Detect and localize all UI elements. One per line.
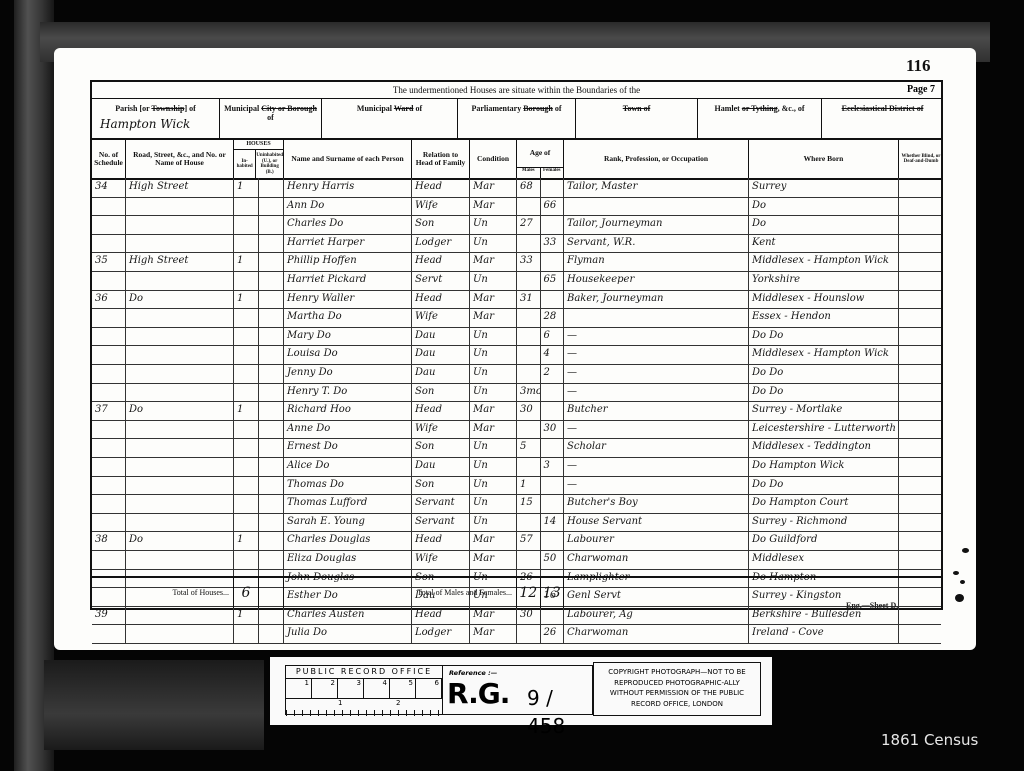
cell-female: 50 <box>541 550 565 569</box>
cell-inhabited: 1 <box>234 178 259 197</box>
cell-male: 31 <box>517 290 541 309</box>
cell-schedule: 38 <box>92 531 126 550</box>
ruler-mark: 6 <box>416 679 442 698</box>
boundary-label-part: Parliamentary <box>471 104 523 113</box>
cell-inhabited <box>234 494 259 513</box>
cell-occupation: Scholar <box>564 438 749 457</box>
table-row: 35High Street1Phillip HoffenHeadMar33Fly… <box>92 252 941 272</box>
cell-female <box>541 438 565 457</box>
cell-born: Essex - Hendon <box>749 308 899 327</box>
cell-blind <box>899 215 943 234</box>
cell-female: 14 <box>541 513 565 532</box>
table-row: 37Do1Richard HooHeadMar30ButcherSurrey -… <box>92 401 941 421</box>
cell-inhabited <box>234 271 259 290</box>
cell-schedule <box>92 383 126 402</box>
cell-female: 66 <box>541 197 565 216</box>
cell-born: Middlesex - Teddington <box>749 438 899 457</box>
cell-name: Charles Austen <box>284 606 412 625</box>
cell-blind <box>899 327 943 346</box>
cell-road: High Street <box>126 252 234 271</box>
cell-inhabited <box>234 420 259 439</box>
cell-occupation: — <box>564 345 749 364</box>
cell-inhabited <box>234 438 259 457</box>
cell-relation: Lodger <box>412 624 470 643</box>
caption: 1861 Census <box>881 731 978 749</box>
boundary-label-part: ] of <box>184 104 195 113</box>
cell-occupation: — <box>564 420 749 439</box>
cell-uninhabited <box>259 401 284 420</box>
cell-road: Do <box>126 401 234 420</box>
cell-schedule <box>92 364 126 383</box>
cell-relation: Wife <box>412 308 470 327</box>
cell-condition: Un <box>470 494 517 513</box>
cell-condition: Un <box>470 345 517 364</box>
cell-schedule <box>92 215 126 234</box>
cell-condition: Un <box>470 438 517 457</box>
cell-born: Do Hampton Court <box>749 494 899 513</box>
cell-inhabited <box>234 197 259 216</box>
cell-inhabited <box>234 550 259 569</box>
cell-uninhabited <box>259 457 284 476</box>
boundary-label-part: Town of <box>623 104 651 113</box>
cell-road <box>126 215 234 234</box>
cell-name: Harriet Pickard <box>284 271 412 290</box>
cell-road <box>126 234 234 253</box>
cell-born: Do Do <box>749 327 899 346</box>
cell-male: 3mo <box>517 383 541 402</box>
cell-blind <box>899 383 943 402</box>
cell-schedule <box>92 624 126 643</box>
cell-blind <box>899 252 943 271</box>
cell-occupation: Charwoman <box>564 624 749 643</box>
cell-born: Do Guildford <box>749 531 899 550</box>
page-number: Page 7 <box>907 82 935 98</box>
cell-blind <box>899 494 943 513</box>
cell-relation: Dau <box>412 345 470 364</box>
cell-male <box>517 271 541 290</box>
cell-female: 28 <box>541 308 565 327</box>
cell-uninhabited <box>259 234 284 253</box>
cell-schedule <box>92 494 126 513</box>
cell-condition: Un <box>470 457 517 476</box>
reference-number: 9 / 458 <box>527 684 592 740</box>
cell-condition: Mar <box>470 252 517 271</box>
cell-name: Alice Do <box>284 457 412 476</box>
cell-condition: Mar <box>470 401 517 420</box>
cell-uninhabited <box>259 531 284 550</box>
film-edge-bottom <box>44 660 264 750</box>
boundary-cell: Town of <box>576 98 698 138</box>
cell-road: Do <box>126 290 234 309</box>
cell-relation: Servant <box>412 513 470 532</box>
cell-schedule <box>92 327 126 346</box>
cell-inhabited <box>234 234 259 253</box>
cell-name: Mary Do <box>284 327 412 346</box>
cell-road <box>126 271 234 290</box>
cell-relation: Servt <box>412 271 470 290</box>
cell-occupation: Housekeeper <box>564 271 749 290</box>
cell-relation: Head <box>412 290 470 309</box>
cell-born: Middlesex - Hounslow <box>749 290 899 309</box>
cell-male: 33 <box>517 252 541 271</box>
cell-condition: Mar <box>470 420 517 439</box>
cell-inhabited <box>234 215 259 234</box>
ruler-mark: 1 <box>286 679 312 698</box>
record-office-title: PUBLIC RECORD OFFICE <box>286 666 442 679</box>
cell-condition: Mar <box>470 606 517 625</box>
cell-male <box>517 364 541 383</box>
header-males: Males <box>517 168 541 178</box>
boundary-label: Municipal City or Borough of <box>224 104 317 122</box>
boundary-cell: Municipal Ward of <box>322 98 458 138</box>
boundary-label: Parliamentary Borough of <box>471 104 561 113</box>
cell-born: Do <box>749 215 899 234</box>
header-name: Name and Surname of each Person <box>284 140 412 178</box>
totals-row: Total of Houses... 6 Total of Males and … <box>92 576 941 608</box>
cell-female <box>541 178 565 197</box>
header-born: Where Born <box>749 140 899 178</box>
cell-female <box>541 494 565 513</box>
table-row: 36Do1Henry WallerHeadMar31Baker, Journey… <box>92 290 941 310</box>
header-relation: Relation to Head of Family <box>412 140 470 178</box>
cell-road <box>126 383 234 402</box>
cell-blind <box>899 438 943 457</box>
table-row: Mary DoDauUn6—Do Do <box>92 327 941 347</box>
cell-uninhabited <box>259 215 284 234</box>
cell-relation: Son <box>412 215 470 234</box>
cell-female <box>541 531 565 550</box>
cell-name: Jenny Do <box>284 364 412 383</box>
cell-condition: Mar <box>470 531 517 550</box>
total-males: 12 <box>517 578 541 608</box>
boundary-label: Hamlet or Tything, &c., of <box>714 104 804 113</box>
cell-condition: Mar <box>470 308 517 327</box>
cell-condition: Mar <box>470 290 517 309</box>
cell-inhabited: 1 <box>234 252 259 271</box>
cell-male: 15 <box>517 494 541 513</box>
cell-schedule <box>92 550 126 569</box>
boundary-label-part: Hamlet <box>714 104 741 113</box>
cell-blind <box>899 457 943 476</box>
sheet-number: 116 <box>906 56 931 76</box>
boundary-label-part: or Tything <box>742 104 778 113</box>
cell-schedule <box>92 234 126 253</box>
total-females: 13 <box>541 578 565 608</box>
cell-name: Julia Do <box>284 624 412 643</box>
cell-blind <box>899 234 943 253</box>
cell-relation: Servant <box>412 494 470 513</box>
cell-male <box>517 624 541 643</box>
cell-inhabited <box>234 308 259 327</box>
cell-female: 30 <box>541 420 565 439</box>
cell-male: 30 <box>517 401 541 420</box>
cell-inhabited <box>234 624 259 643</box>
table-row: Harriet PickardServtUn65HousekeeperYorks… <box>92 271 941 291</box>
cell-relation: Lodger <box>412 234 470 253</box>
cell-name: Louisa Do <box>284 345 412 364</box>
header-road: Road, Street, &c., and No. or Name of Ho… <box>126 140 234 178</box>
cell-inhabited <box>234 476 259 495</box>
cell-born: Do Do <box>749 364 899 383</box>
total-houses-label: Total of Houses... <box>92 578 234 608</box>
header-condition: Condition <box>470 140 517 178</box>
cell-inhabited <box>234 327 259 346</box>
header-houses: HOUSES In-habited Uninhabited (U.), or B… <box>234 140 284 178</box>
cell-born: Surrey <box>749 178 899 197</box>
table-row: Charles DoSonUn27Tailor, JourneymanDo <box>92 215 941 235</box>
ruler-mark: 1 <box>338 699 342 707</box>
cell-male <box>517 513 541 532</box>
total-uninhabited <box>259 578 284 608</box>
cell-male <box>517 457 541 476</box>
boundary-label-part: Ecclesiastical District of <box>842 104 924 113</box>
table-row: Alice DoDauUn3—Do Hampton Wick <box>92 457 941 477</box>
table-row: Eliza DouglasWifeMar50CharwomanMiddlesex <box>92 550 941 570</box>
cell-occupation: Tailor, Journeyman <box>564 215 749 234</box>
cell-condition: Mar <box>470 197 517 216</box>
cell-born: Do Do <box>749 383 899 402</box>
cell-condition: Mar <box>470 178 517 197</box>
cell-uninhabited <box>259 476 284 495</box>
cell-condition: Un <box>470 327 517 346</box>
cell-male: 1 <box>517 476 541 495</box>
cell-born: Ireland - Cove <box>749 624 899 643</box>
cell-uninhabited <box>259 606 284 625</box>
cell-inhabited: 1 <box>234 401 259 420</box>
cell-inhabited: 1 <box>234 290 259 309</box>
cell-relation: Son <box>412 476 470 495</box>
header-age: Age of Males Females <box>517 140 564 178</box>
cell-inhabited <box>234 513 259 532</box>
cell-occupation: — <box>564 383 749 402</box>
cell-male <box>517 327 541 346</box>
reference-box: Reference :— R.G. 9 / 458 <box>443 665 593 715</box>
cell-blind <box>899 606 943 625</box>
cell-name: Harriet Harper <box>284 234 412 253</box>
cell-road <box>126 345 234 364</box>
cell-uninhabited <box>259 420 284 439</box>
cell-name: Henry Harris <box>284 178 412 197</box>
cell-male: 57 <box>517 531 541 550</box>
cell-road <box>126 420 234 439</box>
cell-occupation: Labourer, Ag <box>564 606 749 625</box>
cell-schedule: 35 <box>92 252 126 271</box>
cell-born: Surrey - Richmond <box>749 513 899 532</box>
cell-occupation: Tailor, Master <box>564 178 749 197</box>
cell-male: 30 <box>517 606 541 625</box>
cell-condition: Un <box>470 215 517 234</box>
boundary-label: Town of <box>623 104 651 113</box>
ruler-mark: 5 <box>390 679 416 698</box>
table-row: Henry T. DoSonUn3mo—Do Do <box>92 383 941 403</box>
cell-schedule <box>92 308 126 327</box>
cell-female <box>541 252 565 271</box>
cell-blind <box>899 420 943 439</box>
cell-born: Kent <box>749 234 899 253</box>
cell-female <box>541 215 565 234</box>
cell-road: Do <box>126 531 234 550</box>
cell-uninhabited <box>259 252 284 271</box>
cell-condition: Un <box>470 271 517 290</box>
cell-relation: Wife <box>412 197 470 216</box>
table-row: Sarah E. YoungServantUn14House ServantSu… <box>92 513 941 533</box>
cell-name: Thomas Do <box>284 476 412 495</box>
cell-male <box>517 550 541 569</box>
cell-born: Middlesex <box>749 550 899 569</box>
census-form: The undermentioned Houses are situate wi… <box>90 80 943 610</box>
cell-male <box>517 197 541 216</box>
header-occupation: Rank, Profession, or Occupation <box>564 140 749 178</box>
cell-occupation: House Servant <box>564 513 749 532</box>
cell-female: 65 <box>541 271 565 290</box>
cell-uninhabited <box>259 364 284 383</box>
cell-occupation: Baker, Journeyman <box>564 290 749 309</box>
cell-blind <box>899 308 943 327</box>
cell-road <box>126 197 234 216</box>
ink-blot <box>962 548 969 553</box>
boundary-value: Hampton Wick <box>92 117 219 131</box>
table-row: Louisa DoDauUn4—Middlesex - Hampton Wick <box>92 345 941 365</box>
cell-name: Charles Douglas <box>284 531 412 550</box>
cell-name: Henry T. Do <box>284 383 412 402</box>
header-females: Females <box>541 168 564 178</box>
cell-road <box>126 438 234 457</box>
cell-uninhabited <box>259 178 284 197</box>
cell-road <box>126 606 234 625</box>
cell-inhabited: 1 <box>234 531 259 550</box>
cell-occupation: — <box>564 327 749 346</box>
cell-inhabited <box>234 364 259 383</box>
cell-occupation: — <box>564 476 749 495</box>
boundary-label-part: , &c., of <box>778 104 805 113</box>
cell-female <box>541 383 565 402</box>
cell-road <box>126 550 234 569</box>
cell-uninhabited <box>259 513 284 532</box>
cell-name: Thomas Lufford <box>284 494 412 513</box>
header-blind: Whether Blind, or Deaf-and-Dumb <box>899 140 943 178</box>
cell-male: 27 <box>517 215 541 234</box>
cell-male: 68 <box>517 178 541 197</box>
column-headers: No. of Schedule Road, Street, &c., and N… <box>92 140 941 180</box>
cell-occupation <box>564 308 749 327</box>
cell-road <box>126 624 234 643</box>
cell-uninhabited <box>259 271 284 290</box>
cell-road <box>126 308 234 327</box>
cell-blind <box>899 197 943 216</box>
cell-uninhabited <box>259 624 284 643</box>
ruler-mark: 3 <box>338 679 364 698</box>
table-row: Ernest DoSonUn5ScholarMiddlesex - Teddin… <box>92 438 941 458</box>
ruler-scale-bottom: 1 2 <box>286 699 442 716</box>
header-houses-title: HOUSES <box>234 140 283 150</box>
cell-male <box>517 345 541 364</box>
reference-code: R.G. <box>447 678 509 710</box>
cell-relation: Head <box>412 401 470 420</box>
header-schedule: No. of Schedule <box>92 140 126 178</box>
boundary-label: Municipal Ward of <box>357 104 422 113</box>
cell-condition: Un <box>470 364 517 383</box>
film-edge-left <box>14 0 54 771</box>
cell-occupation: Charwoman <box>564 550 749 569</box>
cell-name: Sarah E. Young <box>284 513 412 532</box>
table-row: Harriet HarperLodgerUn33Servant, W.R.Ken… <box>92 234 941 254</box>
ruler-mark: 2 <box>396 699 400 707</box>
cell-blind <box>899 531 943 550</box>
cell-inhabited <box>234 345 259 364</box>
table-row: Anne DoWifeMar30—Leicestershire - Lutter… <box>92 420 941 440</box>
cell-female <box>541 606 565 625</box>
cell-condition: Un <box>470 234 517 253</box>
cell-female: 3 <box>541 457 565 476</box>
cell-condition: Mar <box>470 550 517 569</box>
header-uninhabited: Uninhabited (U.), or Building (B.) <box>256 150 283 178</box>
cell-road <box>126 513 234 532</box>
sheet-code: Eng.—Sheet D. <box>846 601 898 610</box>
cell-female <box>541 401 565 420</box>
boundary-label-part: Borough <box>523 104 553 113</box>
cell-relation: Son <box>412 438 470 457</box>
cell-female <box>541 476 565 495</box>
cell-road <box>126 476 234 495</box>
cell-schedule: 36 <box>92 290 126 309</box>
cell-occupation: — <box>564 364 749 383</box>
cell-road <box>126 364 234 383</box>
boundary-cell: Municipal City or Borough of <box>220 98 322 138</box>
cell-uninhabited <box>259 327 284 346</box>
boundary-label-part: of <box>553 104 562 113</box>
ruler-mark: 2 <box>312 679 338 698</box>
cell-blind <box>899 513 943 532</box>
cell-occupation: Butcher <box>564 401 749 420</box>
cell-name: Ann Do <box>284 197 412 216</box>
cell-schedule: 39 <box>92 606 126 625</box>
cell-blind <box>899 476 943 495</box>
cell-schedule <box>92 197 126 216</box>
total-persons-label: Total of Males and Females... <box>284 578 517 608</box>
cell-relation: Son <box>412 383 470 402</box>
table-row: 391Charles AustenHeadMar30Labourer, AgBe… <box>92 606 941 626</box>
record-office-ruler: PUBLIC RECORD OFFICE 1 2 3 4 5 6 1 2 <box>285 665 443 715</box>
cell-inhabited <box>234 383 259 402</box>
boundary-label-part: Municipal <box>224 104 261 113</box>
cell-uninhabited <box>259 494 284 513</box>
boundary-label-part: of <box>413 104 422 113</box>
cell-uninhabited <box>259 550 284 569</box>
cell-inhabited: 1 <box>234 606 259 625</box>
cell-relation: Wife <box>412 420 470 439</box>
cell-relation: Head <box>412 178 470 197</box>
cell-female: 4 <box>541 345 565 364</box>
cell-blind <box>899 401 943 420</box>
cell-uninhabited <box>259 438 284 457</box>
ink-blot <box>953 571 959 575</box>
header-age-title: Age of <box>530 140 551 167</box>
cell-born: Do Do <box>749 476 899 495</box>
cell-born: Middlesex - Hampton Wick <box>749 252 899 271</box>
cell-female: 33 <box>541 234 565 253</box>
cell-schedule: 34 <box>92 178 126 197</box>
cell-blind <box>899 624 943 643</box>
cell-occupation: Labourer <box>564 531 749 550</box>
cell-female <box>541 290 565 309</box>
header-inhabited: In-habited <box>234 150 256 178</box>
cell-uninhabited <box>259 345 284 364</box>
cell-condition: Un <box>470 383 517 402</box>
cell-occupation: Flyman <box>564 252 749 271</box>
cell-blind <box>899 364 943 383</box>
cell-born: Leicestershire - Lutterworth <box>749 420 899 439</box>
cell-name: Martha Do <box>284 308 412 327</box>
